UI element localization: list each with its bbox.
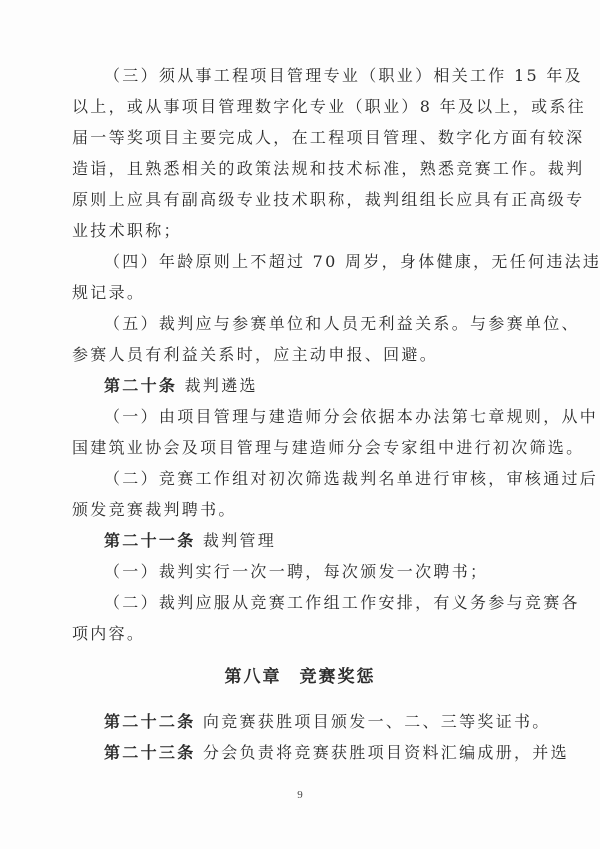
paragraph-line: （五）裁判应与参赛单位和人员无利益关系。与参赛单位、 [104, 314, 512, 334]
paragraph-line: 届一等奖项目主要完成人，在工程项目管理、数字化方面有较深 [72, 128, 512, 148]
paragraph-line: 项内容。 [72, 624, 512, 644]
paragraph-line: 参赛人员有利益关系时，应主动申报、回避。 [72, 345, 512, 365]
document-page: （三）须从事工程项目管理专业（职业）相关工作 15 年及 以上，或从事项目管理数… [0, 0, 600, 849]
paragraph-line: 颁发竞赛裁判聘书。 [72, 500, 512, 520]
article-20-heading-line: 第二十条 裁判遴选 [104, 376, 512, 396]
paragraph-line: 原则上应具有副高级专业技术职称，裁判组组长应具有正高级专 [72, 190, 512, 210]
chapter-title: 竞赛奖惩 [300, 667, 376, 687]
paragraph-line: （二）裁判应服从竞赛工作组工作安排，有义务参与竞赛各 [104, 593, 512, 613]
chapter-heading: 第八章竞赛奖惩 [0, 666, 600, 688]
page-number: 9 [0, 789, 600, 801]
paragraph-line: 造诣，且熟悉相关的政策法规和技术标准，熟悉竞赛工作。裁判 [72, 159, 512, 179]
paragraph-line: 以上，或从事项目管理数字化专业（职业）8 年及以上，或系往 [72, 97, 512, 117]
article-title: 裁判遴选 [185, 376, 258, 395]
paragraph-line: （二）竞赛工作组对初次筛选裁判名单进行审核，审核通过后 [104, 469, 512, 489]
paragraph-line: （一）由项目管理与建造师分会依据本办法第七章规则，从中 [104, 407, 512, 427]
paragraph-line: （四）年龄原则上不超过 70 周岁，身体健康，无任何违法违 [104, 252, 512, 272]
article-heading: 第二十三条 [104, 743, 196, 762]
article-22-line: 第二十二条 向竞赛获胜项目颁发一、二、三等奖证书。 [104, 712, 512, 732]
paragraph-line: （一）裁判实行一次一聘，每次颁发一次聘书； [104, 562, 512, 582]
chapter-number: 第八章 [225, 667, 282, 687]
paragraph-line: 业技术职称； [72, 221, 512, 241]
article-21-heading-line: 第二十一条 裁判管理 [104, 531, 512, 551]
article-title: 裁判管理 [203, 531, 276, 550]
article-23-line: 第二十三条 分会负责将竞赛获胜项目资料汇编成册，并选 [104, 743, 512, 763]
article-heading: 第二十条 [104, 376, 177, 395]
article-text: 分会负责将竞赛获胜项目资料汇编成册，并选 [203, 743, 569, 762]
article-heading: 第二十二条 [104, 712, 196, 731]
article-text: 向竞赛获胜项目颁发一、二、三等奖证书。 [203, 712, 551, 731]
paragraph-line: 规记录。 [72, 283, 512, 303]
paragraph-line: （三）须从事工程项目管理专业（职业）相关工作 15 年及 [104, 66, 512, 86]
article-heading: 第二十一条 [104, 531, 196, 550]
paragraph-line: 国建筑业协会及项目管理与建造师分会专家组中进行初次筛选。 [72, 438, 512, 458]
